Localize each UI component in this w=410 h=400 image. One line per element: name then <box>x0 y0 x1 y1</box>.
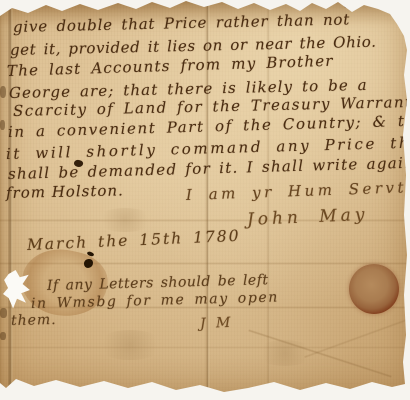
letter-paper: give double that Price rather than not g… <box>0 0 410 400</box>
bleed-through-smudge <box>95 208 155 232</box>
letter-body-line: from Holston. <box>6 182 124 201</box>
postscript-line: them. <box>11 313 57 329</box>
letter-closing: I am yr Hum Servt <box>186 179 408 203</box>
edge-text-fragment <box>0 308 7 318</box>
letter-scan: give double that Price rather than not g… <box>0 0 410 400</box>
edge-text-fragment <box>0 86 6 98</box>
signature: John May <box>247 206 369 230</box>
wax-seal-stain <box>349 264 399 314</box>
initials: J M <box>200 316 234 333</box>
edge-text-fragment <box>0 120 5 130</box>
bleed-through-smudge <box>255 340 315 366</box>
edge-text-fragment <box>0 332 6 340</box>
top-edge-speck <box>172 2 176 6</box>
top-edge-speck <box>344 3 349 8</box>
fold-crease-horizontal <box>0 346 410 349</box>
fold-crease-diagonal <box>304 304 410 358</box>
bleed-through-smudge <box>95 330 165 360</box>
